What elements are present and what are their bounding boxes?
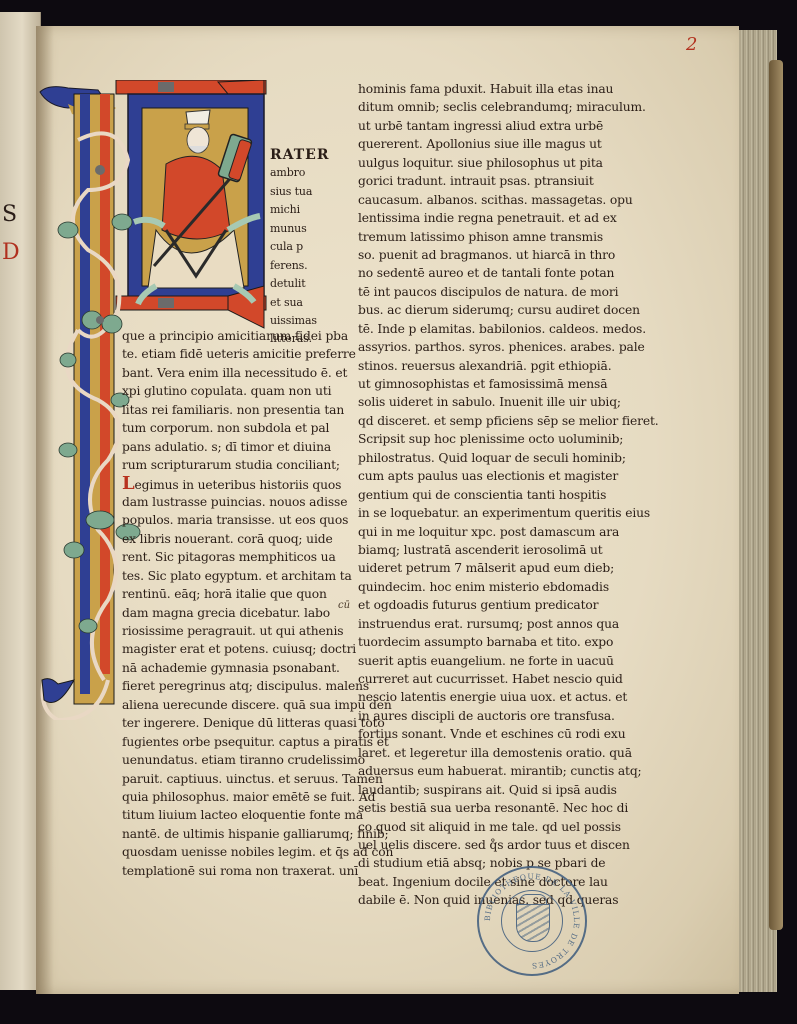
text-line: ferens. xyxy=(270,257,329,275)
text-line: te. etiam fidē ueteris amicitie preferre xyxy=(122,345,393,363)
text-line: dam lustrasse puincias. nouos adisse xyxy=(122,493,393,511)
text-line: tē. Inde p elamitas. babilonios. caldeos… xyxy=(358,320,659,338)
text-line: munus xyxy=(270,220,329,238)
text-line: ambro xyxy=(270,164,329,182)
text-line: titum liuium lacteo eloquentie fonte ma xyxy=(122,806,393,824)
text-line: nantē. de ultimis hispanie galliarumq; f… xyxy=(122,825,393,843)
page-block-edges xyxy=(735,30,777,992)
text-line: quindecim. hoc enim misterio ebdomadis xyxy=(358,578,659,596)
text-line: setis bestiā sua uerba resonantē. Nec ho… xyxy=(358,799,659,817)
worn-fore-edge xyxy=(769,60,783,930)
text-line: qd disceret. et semp pficiens sēp se mel… xyxy=(358,412,659,430)
text-line: nescio latentis energie uiua uox. et act… xyxy=(358,688,659,706)
text-line: quererent. Apollonius siue ille magus ut xyxy=(358,135,659,153)
text-line: uulgus loquitur. siue philosophus ut pit… xyxy=(358,154,659,172)
text-line: pans adulatio. s; dī timor et diuina xyxy=(122,438,393,456)
text-line: fieret peregrinus atq; discipulus. malen… xyxy=(122,677,393,695)
text-line: ex libris nouerant. corā quoq; uide xyxy=(122,530,393,548)
text-line: philostratus. Quid loquar de seculi homi… xyxy=(358,449,659,467)
text-line: tum corporum. non subdola et pal xyxy=(122,419,393,437)
text-line: que a principio amicitiarum fidei pba xyxy=(122,327,393,345)
text-line: laret. et legeretur illa demostenis orat… xyxy=(358,744,659,762)
column-a-beside-initial: RATER ambro sius tua michi munus cula p … xyxy=(270,146,329,349)
text-line: tes. Sic plato egyptum. et architam ta xyxy=(122,567,393,585)
coat-of-arms-icon xyxy=(516,904,550,942)
text-line: aduersus eum habuerat. mirantib; cunctis… xyxy=(358,762,659,780)
library-stamp: BIBLIOTHEQUE DE LA VILLE DE TROYES xyxy=(477,866,587,976)
text-line: litas rei familiaris. non presentia tan xyxy=(122,401,393,419)
text-line: assyrios. parthos. syros. phenices. arab… xyxy=(358,338,659,356)
previous-page-letter: S xyxy=(2,202,17,227)
text-line: curreret aut cucurrisset. Habet nescio q… xyxy=(358,670,659,688)
text-line: biamq; lustratā ascenderit ierosolimā ut xyxy=(358,541,659,559)
text-line: suerit aptis euangelium. ne forte in uac… xyxy=(358,652,659,670)
text-line: nā achademie gymnasia psonabant. xyxy=(122,659,393,677)
text-line: fugientes orbe psequitur. captus a pirat… xyxy=(122,733,393,751)
text-line: bant. Vera enim illa necessitudo ē. et xyxy=(122,364,393,382)
text-line: populos. maria transisse. ut eos quos xyxy=(122,511,393,529)
text-line: quosdam uenisse nobiles legim. et q̄s ad… xyxy=(122,843,393,861)
marginal-note: cū xyxy=(338,600,350,611)
text-line: ter ingerere. Denique dū litteras quasi … xyxy=(122,714,393,732)
text-line: caucasum. albanos. scithas. massagetas. … xyxy=(358,191,659,209)
text-line: solis uideret in sabulo. Inuenit ille ui… xyxy=(358,393,659,411)
text-line: hominis fama pduxit. Habuit illa etas in… xyxy=(358,80,659,98)
text-line: instruendus erat. rursumq; post annos qu… xyxy=(358,615,659,633)
folio-number: 2 xyxy=(686,34,697,55)
text-line: magister erat et potens. cuiusq; doctri xyxy=(122,640,393,658)
previous-page-edge: S D xyxy=(0,12,41,990)
previous-page-red-letter: D xyxy=(2,240,20,265)
text-line: uel uelis discere. sed q̊s ardor tuus et… xyxy=(358,836,659,854)
text-line: gentium qui de conscientia tanti hospiti… xyxy=(358,486,659,504)
text-line: ditum omnib; seclis celebrandumq; miracu… xyxy=(358,98,659,116)
text-line: tuordecim assumpto barnaba et tito. expo xyxy=(358,633,659,651)
text-line: rent. Sic pitagoras memphiticos ua xyxy=(122,548,393,566)
text-line: Scripsit sup hoc plenissime octo uolumin… xyxy=(358,430,659,448)
text-line: paruit. captiuus. uinctus. et seruus. Ta… xyxy=(122,770,393,788)
text-line: detulit xyxy=(270,275,329,293)
text-line: uideret petrum 7 mālserit apud eum dieb; xyxy=(358,559,659,577)
text-line: ut urbē tantam ingressi aliud extra urbē xyxy=(358,117,659,135)
text-line: michi xyxy=(270,201,329,219)
text-line: dam magna grecia dicebatur. labo xyxy=(122,604,393,622)
text-line: quia philosophus. maior emētē se fuit. A… xyxy=(122,788,393,806)
text-line: so. puenit ad bragmanos. ut hiarcā in th… xyxy=(358,246,659,264)
text-line: lentissima indie regna penetrauit. et ad… xyxy=(358,209,659,227)
text-line: cula p xyxy=(270,238,329,256)
text-line: riosissime peragrauit. ut qui athenis xyxy=(122,622,393,640)
column-a-text: que a principio amicitiarum fidei pba te… xyxy=(122,327,393,880)
text-line: gorici tradunt. intrauit psas. ptransiui… xyxy=(358,172,659,190)
text-line: no sedentē aureo et de tantali fonte pot… xyxy=(358,264,659,282)
text-line: bus. ac dierum siderumq; cursu audiret d… xyxy=(358,301,659,319)
text-line: in se loquebatur. an experimentum querit… xyxy=(358,504,659,522)
text-line: in aures discipli de auctoris ore transf… xyxy=(358,707,659,725)
text-line: laudantib; suspirans ait. Quid si ipsā a… xyxy=(358,781,659,799)
text-line-rubricated: Legimus in ueteribus historiis quos xyxy=(122,475,393,493)
text-line: fortius sonant. Vnde et eschines cū rodi… xyxy=(358,725,659,743)
text-line: qui in me loquitur xpc. post damascum ar… xyxy=(358,523,659,541)
text-line: xpi glutino copulata. quam non uti xyxy=(122,382,393,400)
incipit-rater: RATER xyxy=(270,146,329,164)
text-line: rentinū. eāq; horā italie que quon xyxy=(122,585,393,603)
text-line: co quod sit aliquid in me tale. qd uel p… xyxy=(358,818,659,836)
text-line: uenundatus. etiam tiranno crudelissimo xyxy=(122,751,393,769)
text-line: ut gimnosophistas et famosissimā mensā xyxy=(358,375,659,393)
text-line: templationē sui roma non traxerat. unī xyxy=(122,862,393,880)
text-line: et sua xyxy=(270,294,329,312)
text-line: aliena uerecunde discere. quā sua impu d… xyxy=(122,696,393,714)
text-line: tē int paucos discipulos de natura. de m… xyxy=(358,283,659,301)
text-line: rum scripturarum studia conciliant; xyxy=(122,456,393,474)
text-line: tremum latissimo phison amne transmis xyxy=(358,228,659,246)
text-line: sius tua xyxy=(270,183,329,201)
text-line: cum apts paulus uas electionis et magist… xyxy=(358,467,659,485)
column-b-text: hominis fama pduxit. Habuit illa etas in… xyxy=(358,80,659,910)
text-line: stinos. reuersus alexandriā. pgit ethiop… xyxy=(358,357,659,375)
text-line: et ogdoadis futurus gentium predicator xyxy=(358,596,659,614)
